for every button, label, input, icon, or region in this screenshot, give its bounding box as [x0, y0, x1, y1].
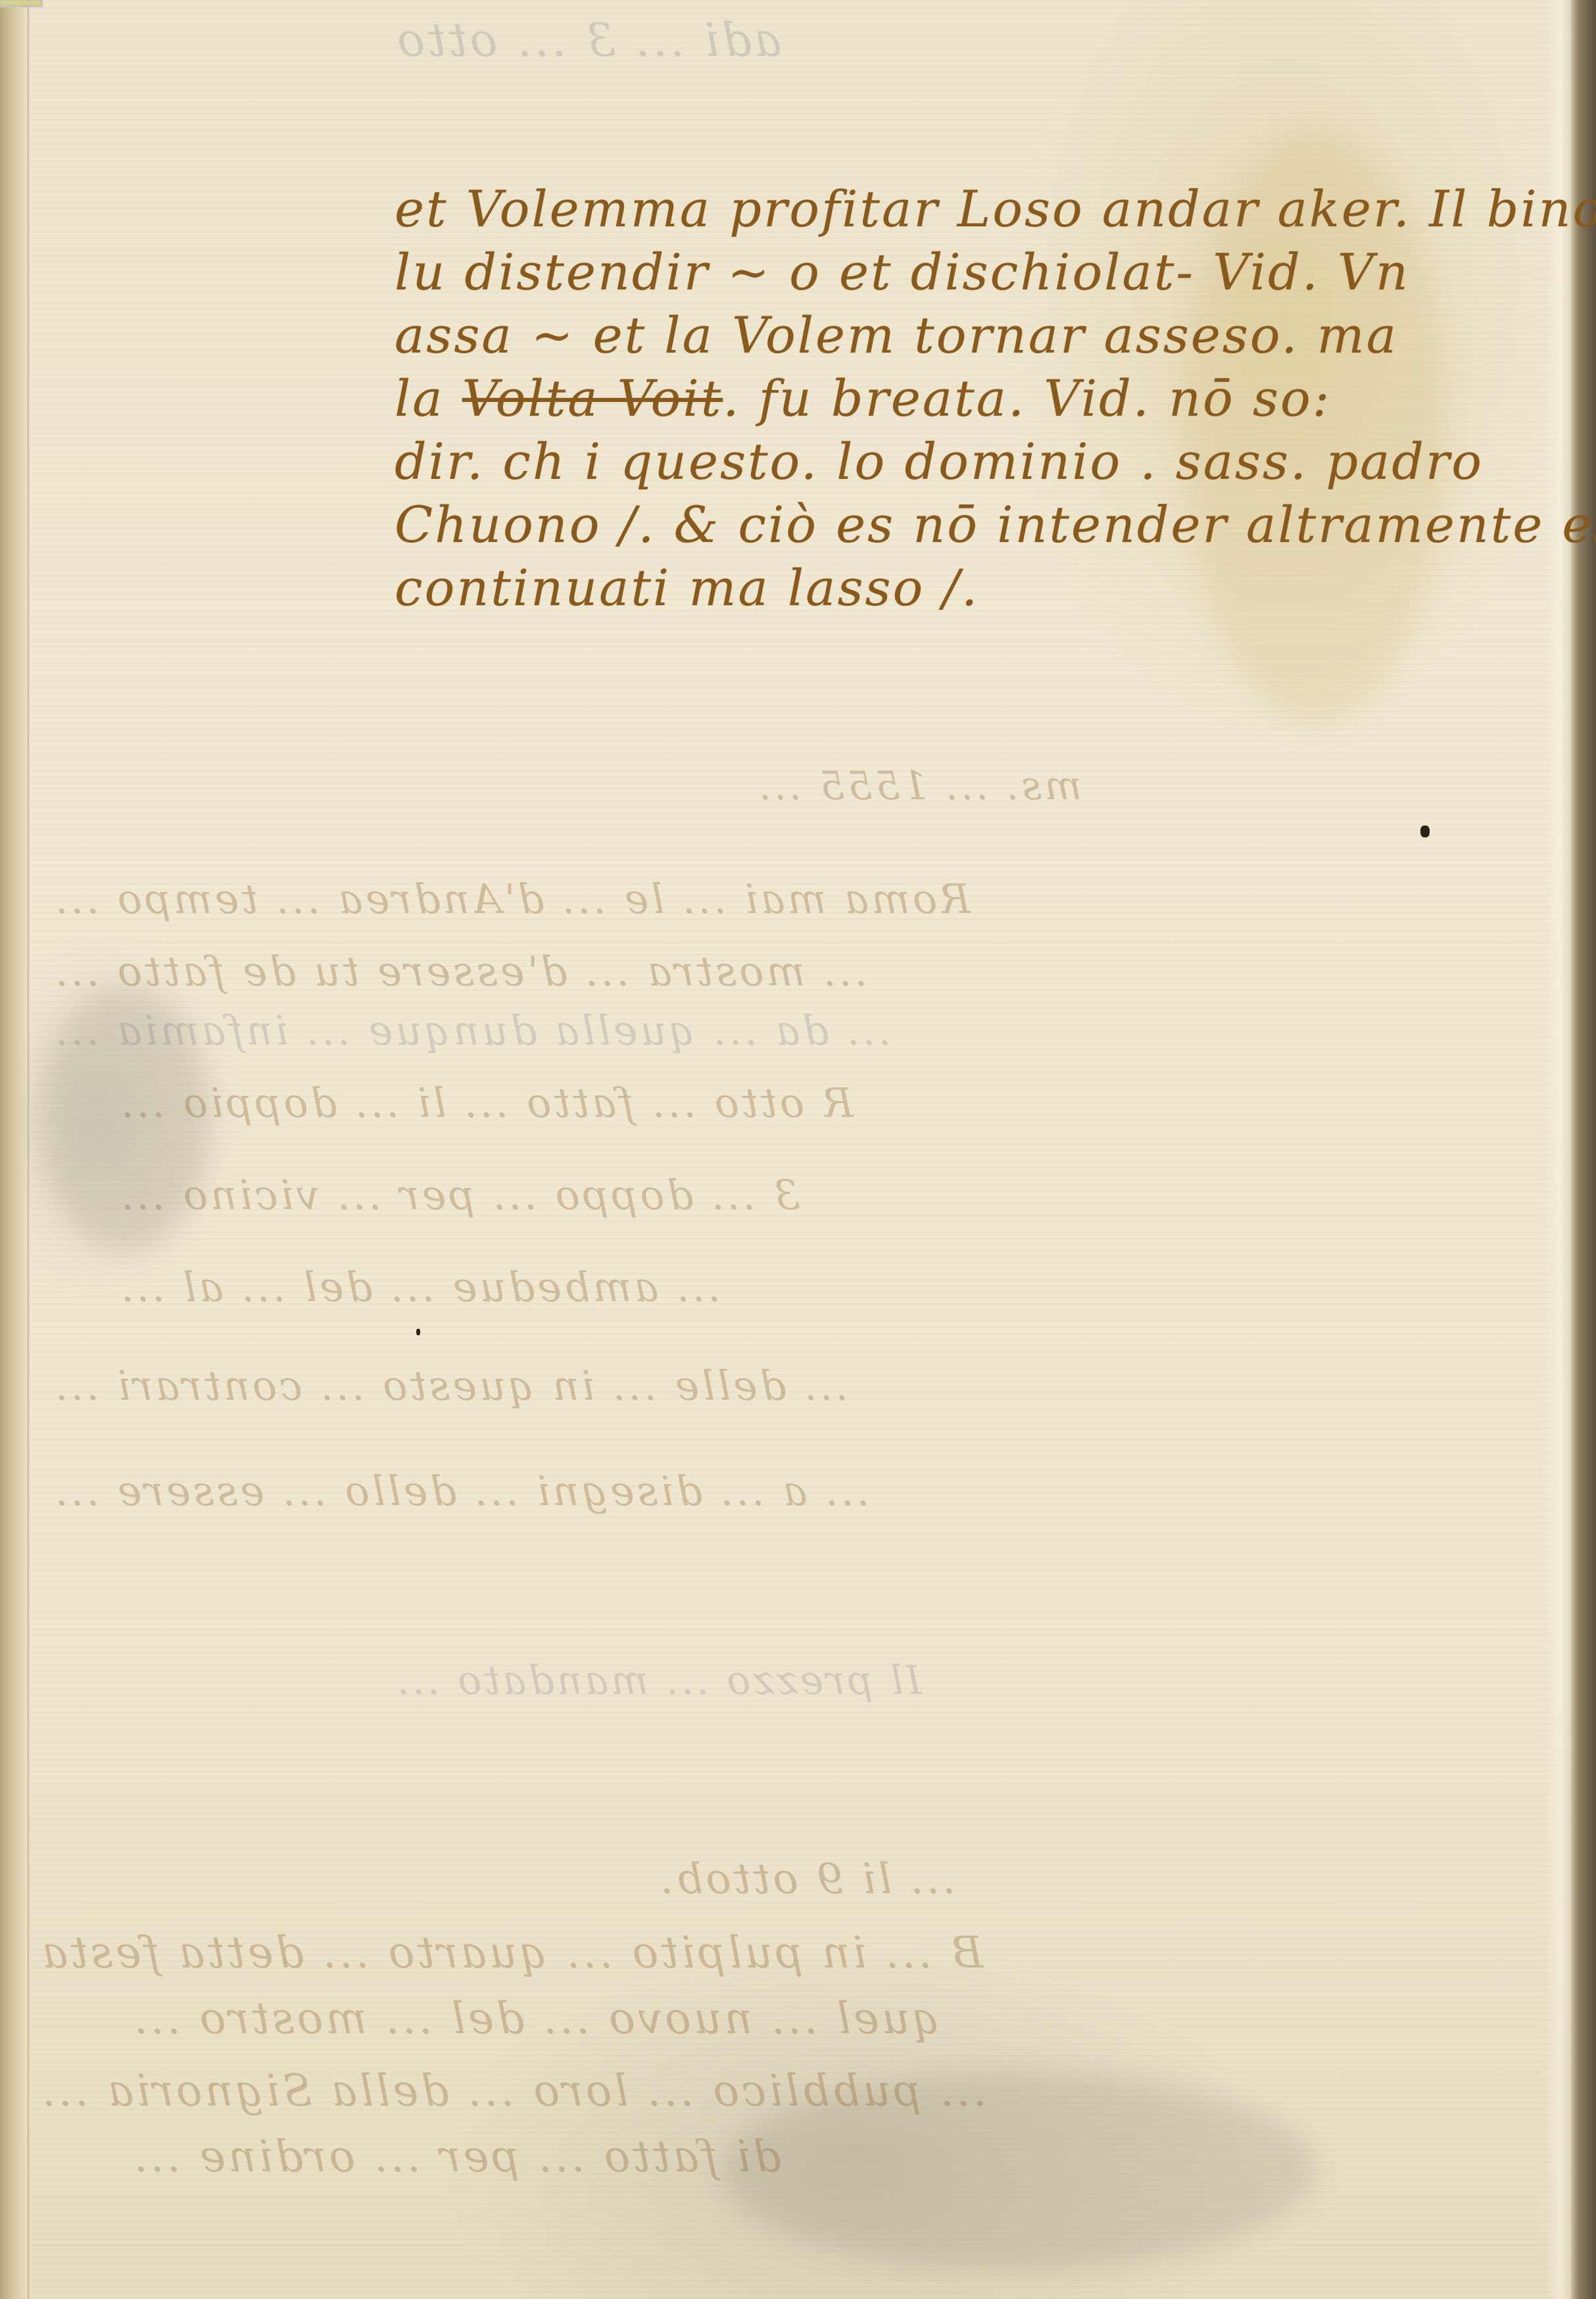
text-line-6: Chuono /. & ciò es nō intender altrament… — [395, 493, 1545, 556]
text-segment: Chuono /. & ciò es nō intender altrament… — [395, 495, 1596, 554]
text-segment: continuati ma lasso /. — [395, 558, 979, 617]
text-line-1: et Volemma profitar Loso andar aker. Il … — [395, 178, 1545, 241]
unregistered-watermark: Unregistered. — [0, 0, 43, 7]
ink-blot — [1420, 826, 1430, 837]
ghost-line: ... delle ... in questo ... contrari ... — [53, 1362, 848, 1410]
text-segment: lu distendir ~ o et dischiolat- Vid. Vn — [395, 243, 1410, 301]
struck-through-word: Volta Voit — [462, 369, 723, 428]
ghost-line: R otto ... fatto ... li ... doppio ... — [118, 1079, 854, 1127]
water-stain — [39, 987, 210, 1250]
ink-dot — [416, 1329, 420, 1335]
ghost-line: adi ... 3 ... otto — [395, 13, 782, 67]
text-line-5: dir. ch i questo. lo dominio . sass. pad… — [395, 430, 1545, 493]
text-segment: et Volemma profitar Loso andar aker. Il … — [395, 180, 1596, 238]
text-line-2: lu distendir ~ o et dischiolat- Vid. Vn — [395, 241, 1545, 304]
page-edge-shadow — [1571, 0, 1596, 2299]
text-segment: assa ~ et la Volem tornar asseso. ma — [395, 306, 1398, 364]
text-segment: . fu breata. Vid. nō so: — [723, 369, 1331, 428]
water-stain — [723, 2072, 1315, 2269]
page-curl — [1545, 0, 1571, 2299]
text-segment: la — [395, 369, 462, 428]
text-segment: dir. ch i questo. lo dominio . sass. pad… — [395, 432, 1484, 491]
ghost-line: di fatto ... per ... ordine ... — [132, 2131, 781, 2182]
ghost-line: Il prezzo ... mandato ... — [395, 1658, 921, 1704]
ghost-line: Roma mai ... le ... d'Andrea ... tempo .… — [53, 875, 971, 923]
ghost-line: 3 ... doppo ... per ... vicino ... — [118, 1171, 800, 1219]
text-line-3: assa ~ et la Volem tornar asseso. ma — [395, 304, 1545, 367]
handwritten-text-block: et Volemma profitar Loso andar aker. Il … — [395, 178, 1545, 620]
ghost-line: ... li 9 ottob. — [658, 1855, 956, 1904]
binding-edge — [0, 0, 32, 2299]
manuscript-scan: adi ... 3 ... otto ms. ... 1555 ... Roma… — [0, 0, 1596, 2299]
ghost-line: ... a ... disegni ... dello ... essere .… — [53, 1467, 869, 1515]
ghost-line: B ... in pulpito ... quarto ... detta fe… — [39, 1927, 983, 1978]
ghost-line: ... mostra ... d'essere tu de fatto ... — [53, 947, 867, 995]
text-line-7: continuati ma lasso /. — [395, 556, 1545, 620]
ghost-line: ... ambedue ... del ... al ... — [118, 1263, 721, 1311]
text-line-4: la Volta Voit. fu breata. Vid. nō so: — [395, 367, 1545, 430]
ghost-line: ms. ... 1555 ... — [756, 763, 1082, 809]
ghost-line: quel ... nuovo ... del ... mostro ... — [132, 1993, 940, 2044]
